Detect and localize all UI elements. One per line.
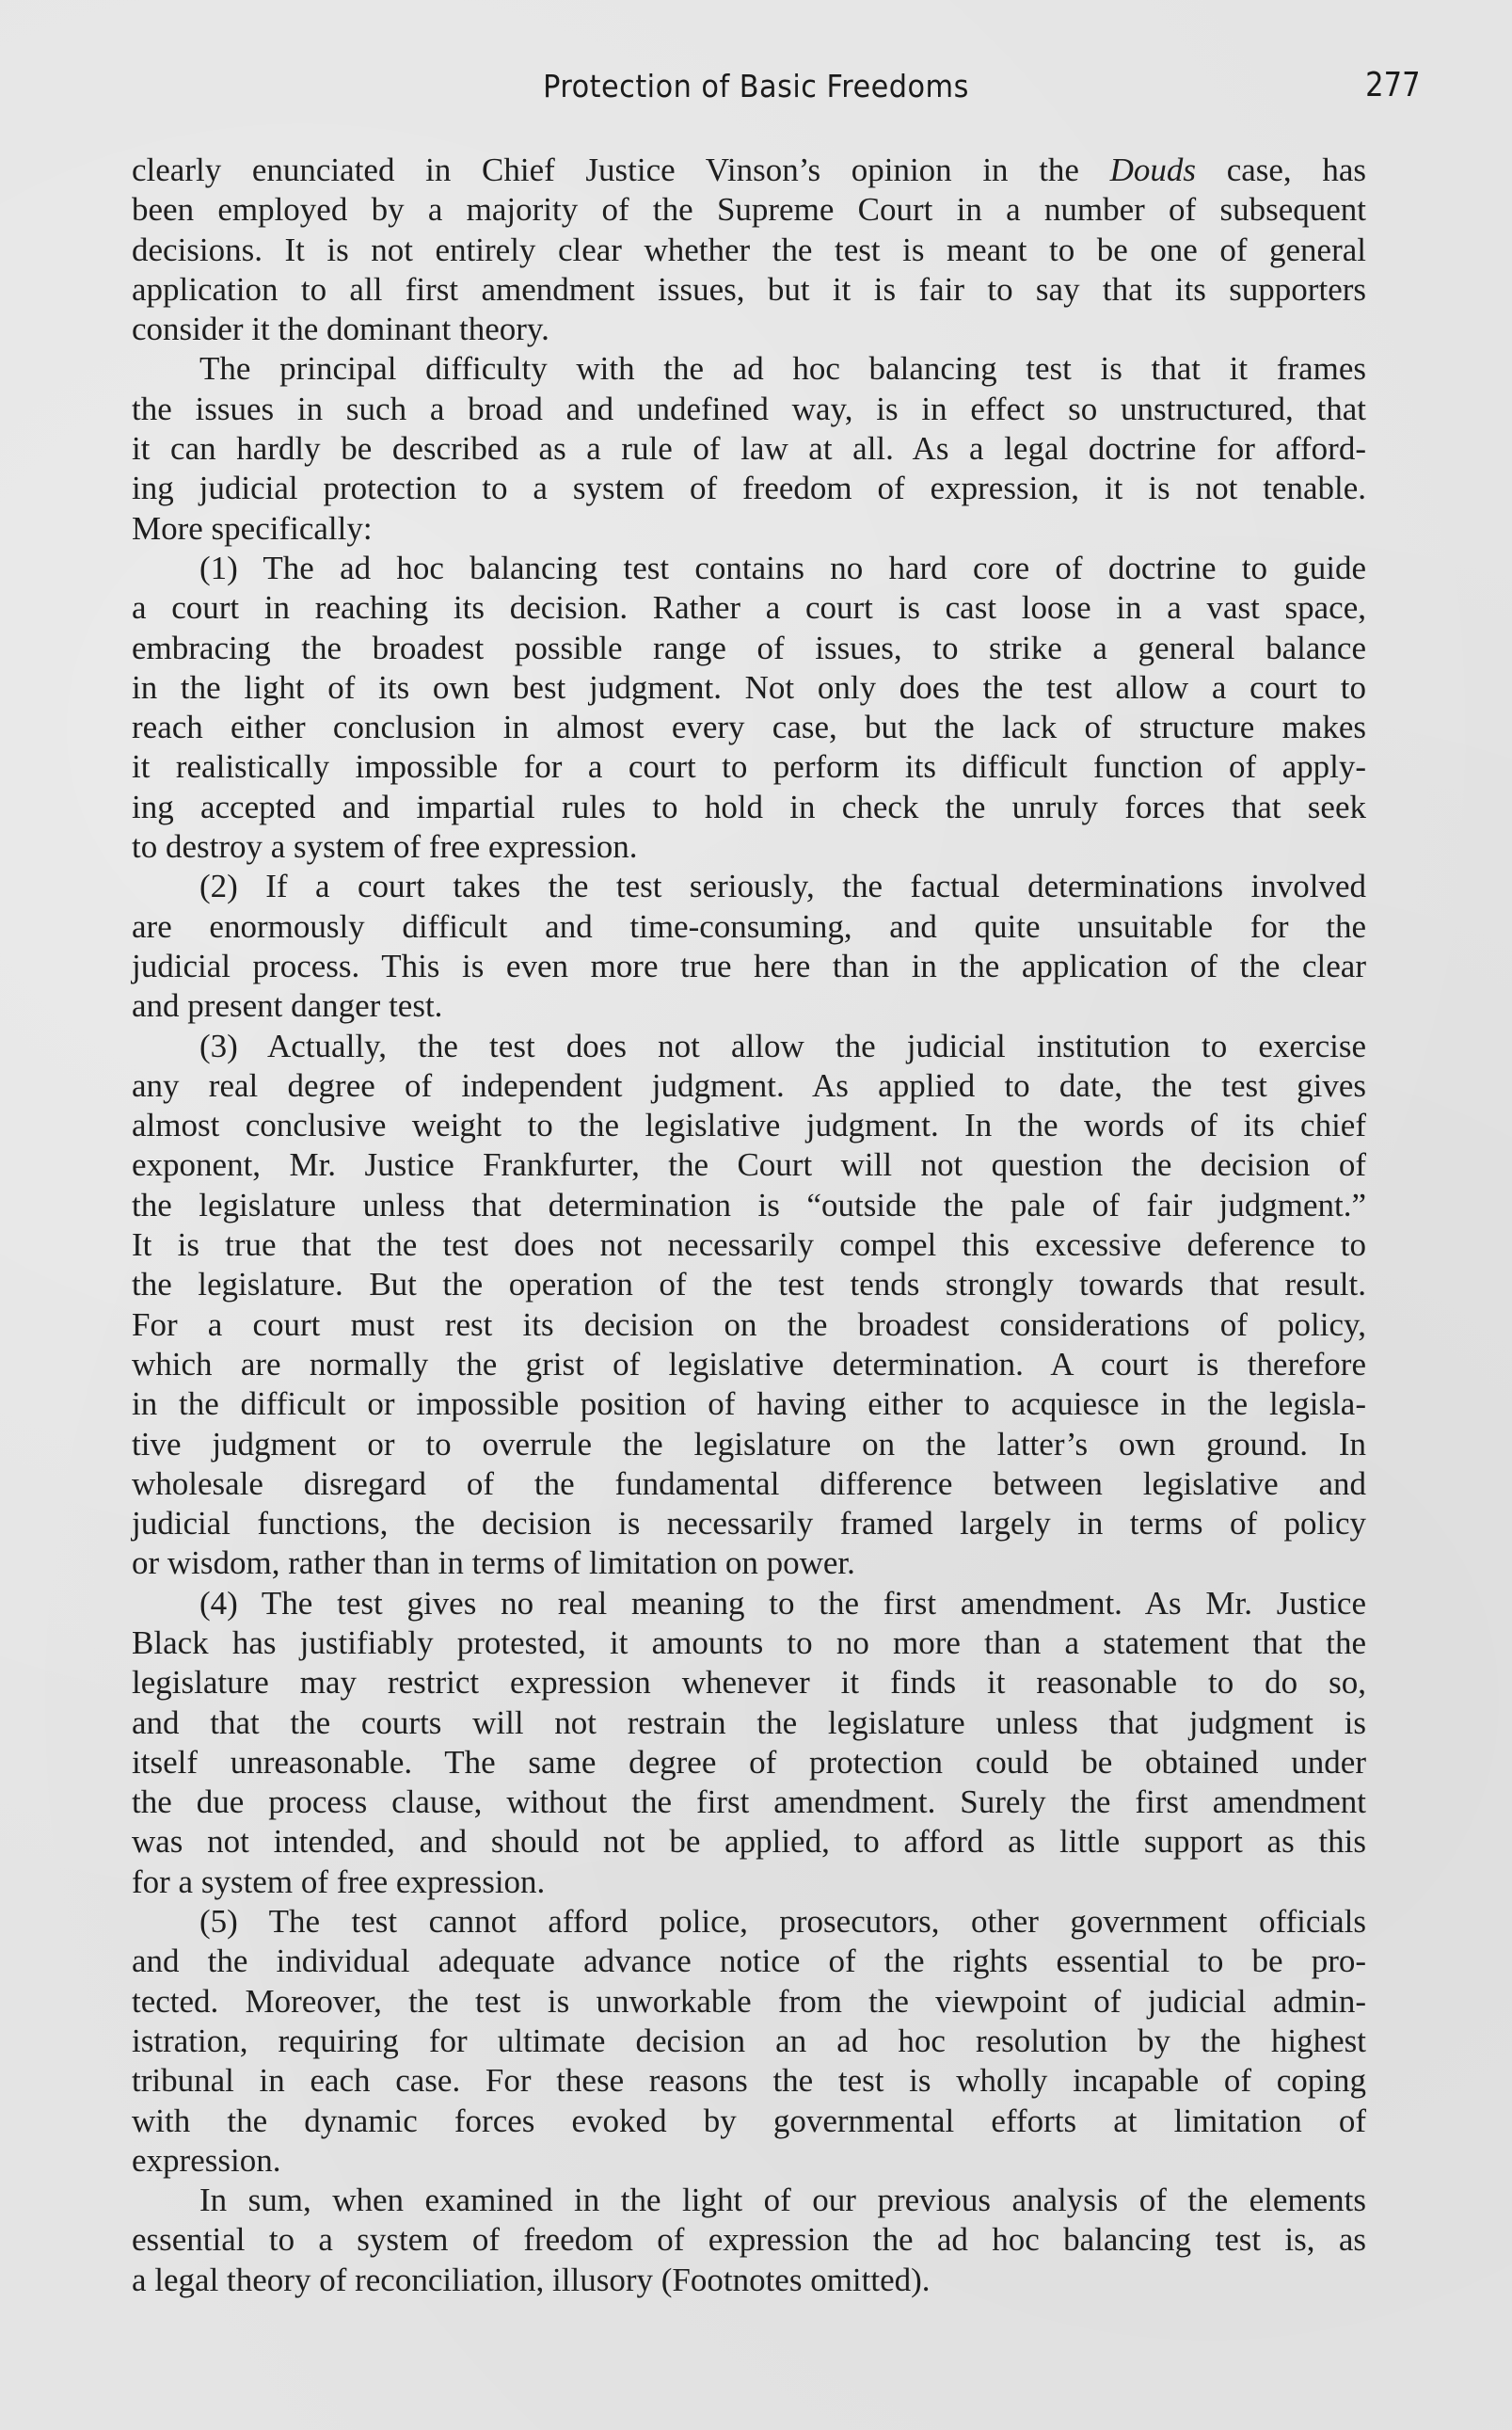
text-line: and the individual adequate advance noti… xyxy=(132,1942,1366,1981)
text-line: (5) The test cannot afford police, prose… xyxy=(132,1902,1366,1942)
book-page: Protection of Basic Freedoms 277 clearly… xyxy=(0,0,1512,2430)
text-line: application to all first amendment issue… xyxy=(132,270,1366,310)
text-line: was not intended, and should not be appl… xyxy=(132,1822,1366,1862)
text-line: the legislature. But the operation of th… xyxy=(132,1265,1366,1304)
text-line: it can hardly be described as a rule of … xyxy=(132,429,1366,469)
paragraph-intro-continuation: clearly enunciated in Chief Justice Vins… xyxy=(132,151,1366,349)
paragraph-summary: In sum, when examined in the light of ou… xyxy=(132,2181,1366,2300)
text-line: expression. xyxy=(132,2141,1366,2181)
text-line: which are normally the grist of legislat… xyxy=(132,1345,1366,1384)
paragraph-point-4: (4) The test gives no real meaning to th… xyxy=(132,1584,1366,1902)
text-line: The principal difficulty with the ad hoc… xyxy=(132,349,1366,389)
text-line: essential to a system of freedom of expr… xyxy=(132,2220,1366,2260)
text-line: judicial process. This is even more true… xyxy=(132,947,1366,986)
text-line: it realistically impossible for a court … xyxy=(132,747,1366,787)
text-line: judicial functions, the decision is nece… xyxy=(132,1504,1366,1543)
text-line: exponent, Mr. Justice Frankfurter, the C… xyxy=(132,1145,1366,1185)
text-line: and that the courts will not restrain th… xyxy=(132,1703,1366,1743)
text-line: tected. Moreover, the test is unworkable… xyxy=(132,1982,1366,2022)
text-line: itself unreasonable. The same degree of … xyxy=(132,1743,1366,1783)
text-line: istration, requiring for ultimate decisi… xyxy=(132,2022,1366,2061)
text-line: the due process clause, without the firs… xyxy=(132,1783,1366,1822)
body-text: clearly enunciated in Chief Justice Vins… xyxy=(132,151,1366,2300)
text-line: For a court must rest its decision on th… xyxy=(132,1305,1366,1345)
text-line: with the dynamic forces evoked by govern… xyxy=(132,2102,1366,2141)
text-line: tive judgment or to overrule the legisla… xyxy=(132,1425,1366,1464)
text-line: in the light of its own best judgment. N… xyxy=(132,668,1366,708)
text-line: embracing the broadest possible range of… xyxy=(132,629,1366,668)
text-line: ing judicial protection to a system of f… xyxy=(132,469,1366,508)
text-line: In sum, when examined in the light of ou… xyxy=(132,2181,1366,2220)
text-line: a court in reaching its decision. Rather… xyxy=(132,588,1366,628)
text-line: for a system of free expression. xyxy=(132,1862,1366,1902)
text-line: More specifically: xyxy=(132,509,1366,549)
text-line: decisions. It is not entirely clear whet… xyxy=(132,231,1366,270)
text-line: in the difficult or impossible position … xyxy=(132,1384,1366,1424)
running-title: Protection of Basic Freedoms xyxy=(60,68,1451,104)
paragraph-point-1: (1) The ad hoc balancing test contains n… xyxy=(132,549,1366,867)
text-line: are enormously difficult and time-consum… xyxy=(132,907,1366,947)
text-line: (2) If a court takes the test seriously,… xyxy=(132,867,1366,906)
text-line: reach either conclusion in almost every … xyxy=(132,708,1366,747)
text-line: (3) Actually, the test does not allow th… xyxy=(132,1027,1366,1066)
text-line: tribunal in each case. For these reasons… xyxy=(132,2061,1366,2101)
text-line: almost conclusive weight to the legislat… xyxy=(132,1106,1366,1145)
text-line: consider it the dominant theory. xyxy=(132,310,1366,349)
paragraph-point-2: (2) If a court takes the test seriously,… xyxy=(132,867,1366,1026)
text-line: a legal theory of reconciliation, illuso… xyxy=(132,2261,1366,2300)
text-line: been employed by a majority of the Supre… xyxy=(132,190,1366,230)
text-line: (4) The test gives no real meaning to th… xyxy=(132,1584,1366,1623)
paragraph-principal-difficulty: The principal difficulty with the ad hoc… xyxy=(132,349,1366,548)
text-line: to destroy a system of free expression. xyxy=(132,827,1366,867)
text-line: wholesale disregard of the fundamental d… xyxy=(132,1464,1366,1504)
page-number: 277 xyxy=(1365,66,1420,104)
running-head: Protection of Basic Freedoms 277 xyxy=(0,68,1512,115)
text-line: the issues in such a broad and undefined… xyxy=(132,390,1366,429)
text-line: Black has justifiably protested, it amou… xyxy=(132,1623,1366,1663)
paragraph-point-5: (5) The test cannot afford police, prose… xyxy=(132,1902,1366,2181)
text-line: It is true that the test does not necess… xyxy=(132,1225,1366,1265)
text-line: any real degree of independent judgment.… xyxy=(132,1066,1366,1106)
paragraph-point-3: (3) Actually, the test does not allow th… xyxy=(132,1027,1366,1584)
text-line: or wisdom, rather than in terms of limit… xyxy=(132,1543,1366,1583)
text-line: and present danger test. xyxy=(132,986,1366,1026)
text-line: ing accepted and impartial rules to hold… xyxy=(132,788,1366,827)
case-name-italic: Douds xyxy=(1110,152,1196,188)
text-line: (1) The ad hoc balancing test contains n… xyxy=(132,549,1366,588)
text-line: clearly enunciated in Chief Justice Vins… xyxy=(132,151,1366,190)
text-line: the legislature unless that determinatio… xyxy=(132,1186,1366,1225)
text-line: legislature may restrict expression when… xyxy=(132,1663,1366,1703)
